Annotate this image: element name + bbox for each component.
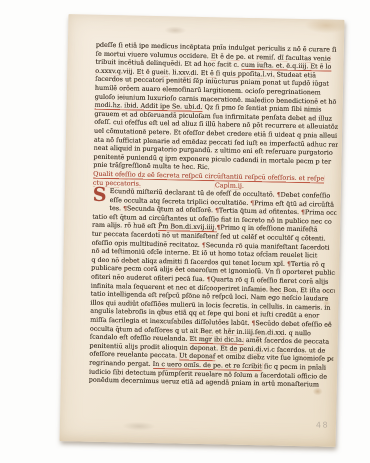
text-segment: Prima occul xyxy=(305,208,337,217)
text-segment: Debet confeſſio xyxy=(280,191,330,200)
text-segment: Secūdo debet ofeſſio eē xyxy=(255,319,332,329)
pencil-folio-number: 48 xyxy=(316,420,329,429)
text-segment: Tertia rō q xyxy=(291,260,325,269)
scan-background: { "theme":{ "background":"#fdfdfc","pape… xyxy=(0,0,370,463)
text-segment xyxy=(141,185,215,187)
paragraph-1: pdeſſe ſi etiā ipe medicus incēptata pnī… xyxy=(93,41,340,175)
rubricated-initial: S xyxy=(93,187,108,205)
text-segment: Et mgr ibi dic.īa. xyxy=(189,335,243,344)
paper-smudge-bottom xyxy=(122,421,156,431)
text-segment: Et iſta occul xyxy=(298,286,335,295)
text-segment: ctu peccatoris. xyxy=(93,178,141,187)
paper-smudge-top xyxy=(164,26,186,34)
text-segment: tes. xyxy=(109,204,123,212)
text-segment: Ut deponaf xyxy=(179,352,215,361)
text-segment: Studeat etiā xyxy=(274,70,316,79)
text-segment: hec Bon. xyxy=(270,285,298,294)
text-block: pdeſſe ſi etiā ipe medicus incēptata pnī… xyxy=(89,41,340,390)
paragraph-2: SEcundū miſteriū declarant tū de ofeſſ d… xyxy=(89,187,337,390)
text-segment: Caplm.ij. xyxy=(215,181,244,190)
manuscript-page: pdeſſe ſi etiā ipe medicus incēptata pnī… xyxy=(60,14,345,447)
paper-stain-top-right xyxy=(304,17,348,34)
text-segment: q nullo xyxy=(287,328,311,337)
